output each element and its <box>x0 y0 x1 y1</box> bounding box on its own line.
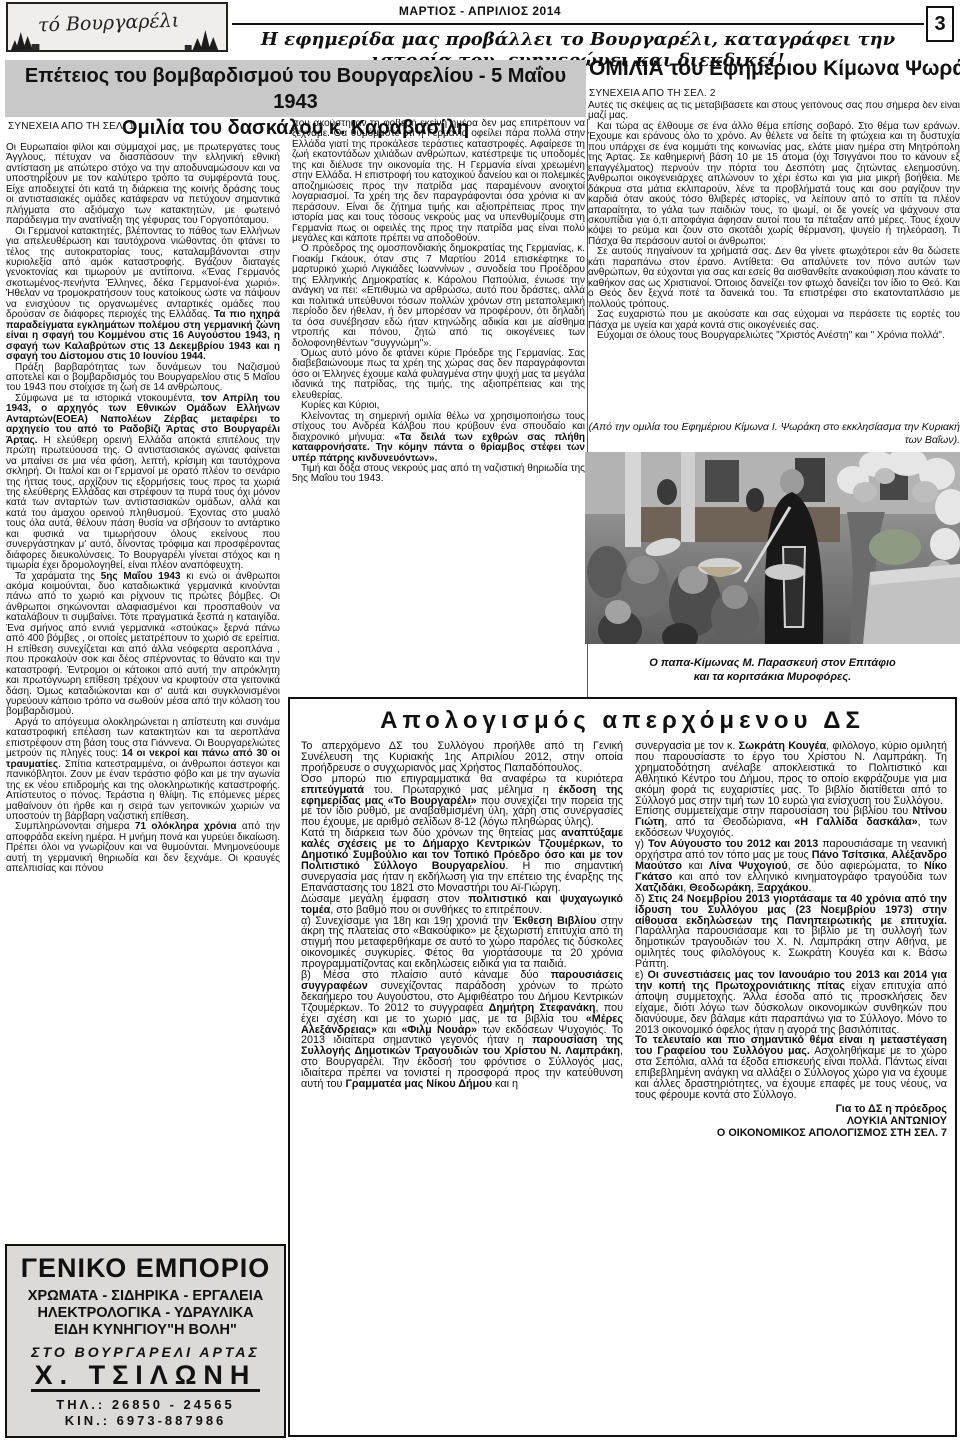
village-trees-icon <box>8 20 226 50</box>
left-article-column-2: που ακούστηκαν τη φοβερή εκείνη ημέρα δε… <box>292 119 585 705</box>
advertisement-general-store: ΓΕΝΙΚΟ ΕΜΠΟΡΙΟ ΧΡΩΜΑΤΑ - ΣΙΔΗΡΙΚΑ - ΕΡΓΑ… <box>5 1244 286 1438</box>
board-report-column-2-text: συνεργασία με τον κ. Σωκράτη Κουγέα, φιλ… <box>635 741 947 1101</box>
signature-role: Για το ΔΣ η πρόεδρος <box>635 1103 947 1115</box>
article-board-report: Απολογισμός απερχόμενου ΔΣ Το απερχόμενο… <box>288 697 957 1437</box>
newspaper-logo: τό Βουργαρέλι <box>6 2 228 52</box>
photo-caption: Ο παπα-Κίμωνας Μ. Παρασκευή στον Επιτάφι… <box>585 656 960 684</box>
page-number: 3 <box>926 6 954 42</box>
right-article-body: Αυτές τις σκέψεις ας τις μεταβιβάσετε κα… <box>588 101 960 419</box>
photo-caption-line2: και τα κοριτσάκια Μυροφόρες. <box>585 670 960 684</box>
board-report-column-2: συνεργασία με τον κ. Σωκράτη Κουγέα, φιλ… <box>635 741 947 1429</box>
continued-from-page-1: ΣΥΝΕΧΕΙΑ ΑΠΟ ΤΗ ΣΕΛ. 1 <box>8 121 135 132</box>
masthead-rule <box>232 23 924 25</box>
right-article-title: ΟΜΙΛΙΑ του Εφημέριου Κίμωνα Ψωράκη <box>589 57 960 81</box>
newspaper-page: ΜΑΡΤΙΟΣ - ΑΠΡΙΛΙΟΣ 2014 τό Βουργαρέλι Η … <box>0 0 960 1442</box>
ad-owner-name: Χ. ΤΣΙΛΩΝΗ <box>31 1361 261 1392</box>
left-article-title: Επέτειος του βομβαρδισμού του Βουργαρελί… <box>5 60 586 117</box>
left-article-title-line1: Επέτειος του βομβαρδισμού του Βουργαρελί… <box>5 63 586 115</box>
ad-products-line3: ΕΙΔΗ ΚΥΝΗΓΙΟΥ"Η ΒΟΛΗ" <box>7 1322 284 1338</box>
signature-name: ΛΟΥΚΙΑ ΑΝΤΩΝΙΟΥ <box>635 1115 947 1127</box>
ad-location: ΣΤΟ ΒΟΥΡΓΑΡΕΛΙ ΑΡΤΑΣ <box>7 1344 284 1360</box>
ad-store-type: ΓΕΝΙΚΟ ΕΜΠΟΡΙΟ <box>7 1253 284 1284</box>
financial-report-note: Ο ΟΙΚΟΝΟΜΙΚΟΣ ΑΠΟΛΟΓΙΣΜΟΣ ΣΤΗ ΣΕΛ. 7 <box>635 1127 947 1139</box>
ad-products-line2: ΗΛΕΚΤΡΟΛΟΓΙΚΑ - ΥΔΡΑΥΛΙΚΑ <box>7 1305 284 1321</box>
epitaphios-photo <box>585 452 960 644</box>
board-report-signature: Για το ΔΣ η πρόεδρος ΛΟΥΚΙΑ ΑΝΤΩΝΙΟΥ Ο Ο… <box>635 1103 947 1139</box>
board-report-column-1: Το απερχόμενο ΔΣ του Συλλόγου προήλθε απ… <box>301 741 623 1429</box>
ad-phone: ΤΗΛ.: 26850 - 24565 <box>7 1397 284 1412</box>
continued-from-page-2: ΣΥΝΕΧΕΙΑ ΑΠΟ ΤΗ ΣΕΛ. 2 <box>589 88 716 99</box>
board-report-title: Απολογισμός απερχόμενου ΔΣ <box>290 707 955 735</box>
photo-caption-line1: Ο παπα-Κίμωνας Μ. Παρασκευή στον Επιτάφι… <box>585 656 960 670</box>
left-article-column-1: Οι Ευρωπαίοι φίλοι και σύμμαχοί μας, με … <box>6 143 280 1240</box>
ad-products-line1: ΧΡΩΜΑΤΑ - ΣΙΔΗΡΙΚΑ - ΕΡΓΑΛΕΙΑ <box>7 1288 284 1304</box>
ad-mobile: ΚΙΝ.: 6973-887986 <box>7 1413 284 1428</box>
right-article-attribution: (Από την ομιλία του Εφημέριου Κίμωνα Ι. … <box>588 421 960 447</box>
